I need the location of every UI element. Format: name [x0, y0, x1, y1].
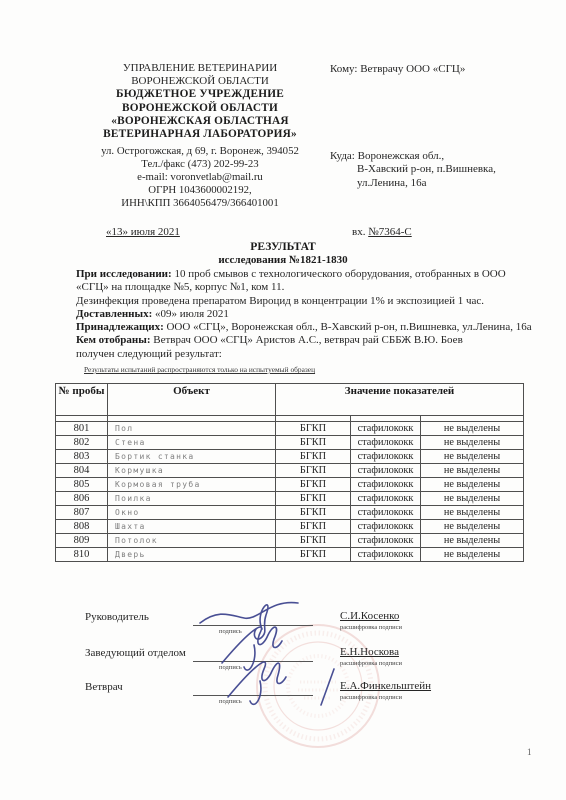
kuda-line: В-Хавский р-он, п.Вишневка, — [330, 163, 496, 176]
table-row: 803Бортик станкаБГКПстафилококкне выделе… — [56, 450, 524, 464]
role-label: Руководитель — [85, 611, 149, 623]
indicator-result: не выделены — [421, 464, 524, 478]
sample-number: 801 — [56, 422, 108, 436]
indicator-staph: стафилококк — [351, 534, 421, 548]
signatory-name: С.И.Косенко — [340, 610, 399, 622]
signatory-name: Е.А.Финкельштейн — [340, 680, 431, 692]
indicator-result: не выделены — [421, 478, 524, 492]
name-caption: расшифровка подписи — [340, 694, 402, 701]
sample-object: Стена — [108, 436, 276, 450]
sample-number: 805 — [56, 478, 108, 492]
doc-subtitle: исследования №1821-1830 — [0, 254, 566, 266]
indicator-bgkp: БГКП — [276, 436, 351, 450]
paragraph-text: «09» июля 2021 — [155, 308, 229, 320]
address-line: ОГРН 1043600002192, — [66, 184, 334, 197]
signature-line — [193, 661, 313, 662]
org-name-line: УПРАВЛЕНИЕ ВЕТЕРИНАРИИ — [66, 62, 334, 75]
sample-object: Поилка — [108, 492, 276, 506]
sample-object: Шахта — [108, 520, 276, 534]
table-row: 804КормушкаБГКПстафилококкне выделены — [56, 464, 524, 478]
indicator-bgkp: БГКП — [276, 534, 351, 548]
sample-number: 807 — [56, 506, 108, 520]
incoming-number: вх. №7364-С — [352, 226, 412, 238]
sample-object: Пол — [108, 422, 276, 436]
indicator-bgkp: БГКП — [276, 548, 351, 562]
indicator-staph: стафилококк — [351, 450, 421, 464]
paragraph-label: При исследовании: — [76, 268, 172, 280]
indicator-staph: стафилококк — [351, 422, 421, 436]
table-row: 807ОкноБГКПстафилококкне выделены — [56, 506, 524, 520]
org-name-line: БЮДЖЕТНОЕ УЧРЕЖДЕНИЕ — [66, 88, 334, 101]
signature-line — [193, 625, 313, 626]
indicator-result: не выделены — [421, 534, 524, 548]
sample-object: Кормовая труба — [108, 478, 276, 492]
table-row: 810ДверьБГКПстафилококкне выделены — [56, 548, 524, 562]
signature-caption: подпись — [219, 664, 242, 671]
table-row: 806ПоилкаБГКПстафилококкне выделены — [56, 492, 524, 506]
indicator-staph: стафилококк — [351, 506, 421, 520]
address-line: Тел./факс (473) 202-99-23 — [66, 158, 334, 171]
body-text: При исследовании: 10 проб смывов с техно… — [76, 268, 538, 376]
kuda-line: Куда: Воронежская обл., — [330, 150, 496, 163]
sample-object: Потолок — [108, 534, 276, 548]
page-number: 1 — [527, 747, 532, 757]
table-row: 808ШахтаБГКПстафилококкне выделены — [56, 520, 524, 534]
indicator-bgkp: БГКП — [276, 422, 351, 436]
indicator-staph: стафилококк — [351, 478, 421, 492]
paragraph-issledovanii: При исследовании: 10 проб смывов с техно… — [76, 268, 538, 295]
indicator-result: не выделены — [421, 520, 524, 534]
sample-object: Дверь — [108, 548, 276, 562]
sample-number: 808 — [56, 520, 108, 534]
paragraph-label: Доставленных: — [76, 308, 152, 320]
signature-line — [193, 695, 313, 696]
paragraph-dostavlennyh: Доставленных: «09» июля 2021 — [76, 308, 538, 321]
table-row: 802СтенаБГКПстафилококкне выделены — [56, 436, 524, 450]
recipient-kuda: Куда: Воронежская обл., В-Хавский р-он, … — [330, 150, 496, 190]
sample-object: Окно — [108, 506, 276, 520]
signature-caption: подпись — [219, 698, 242, 705]
address-line: e-mail: voronvetlab@mail.ru — [66, 171, 334, 184]
paragraph-prinadlezhashih: Принадлежащих: ООО «СГЦ», Воронежская об… — [76, 321, 538, 334]
kuda-line: ул.Ленина, 16а — [330, 177, 496, 190]
indicator-bgkp: БГКП — [276, 478, 351, 492]
indicator-bgkp: БГКП — [276, 492, 351, 506]
recipient-komu: Кому: Ветврачу ООО «СГЦ» — [330, 63, 465, 75]
indicator-staph: стафилококк — [351, 436, 421, 450]
column-header-object: Объект — [108, 384, 276, 416]
indicator-result: не выделены — [421, 422, 524, 436]
indicator-result: не выделены — [421, 506, 524, 520]
sample-number: 803 — [56, 450, 108, 464]
org-name-line: ВЕТЕРИНАРНАЯ ЛАБОРАТОРИЯ» — [66, 128, 334, 141]
paragraph-dezinfekcia: Дезинфекция проведена препаратом Вироцид… — [76, 295, 538, 308]
sample-object: Кормушка — [108, 464, 276, 478]
indicator-staph: стафилококк — [351, 464, 421, 478]
address-line: ул. Острогожская, д 69, г. Воронеж, 3940… — [66, 145, 334, 158]
paragraph-kem-otobrany: Кем отобраны: Ветврач ООО «СГЦ» Аристов … — [76, 334, 538, 347]
sample-object: Бортик станка — [108, 450, 276, 464]
indicator-bgkp: БГКП — [276, 506, 351, 520]
table-row: 809ПотолокБГКПстафилококкне выделены — [56, 534, 524, 548]
signature-caption: подпись — [219, 628, 242, 635]
indicator-bgkp: БГКП — [276, 520, 351, 534]
signature-row: Ветврач подпись Е.А.Финкельштейн расшифр… — [85, 678, 515, 712]
indicator-staph: стафилококк — [351, 492, 421, 506]
name-caption: расшифровка подписи — [340, 624, 402, 631]
indicator-result: не выделены — [421, 436, 524, 450]
indicator-bgkp: БГКП — [276, 464, 351, 478]
document-page: УПРАВЛЕНИЕ ВЕТЕРИНАРИИ ВОРОНЕЖСКОЙ ОБЛАС… — [0, 0, 566, 800]
indicator-bgkp: БГКП — [276, 450, 351, 464]
org-name-line: ВОРОНЕЖСКОЙ ОБЛАСТИ — [66, 102, 334, 115]
indicator-result: не выделены — [421, 492, 524, 506]
sample-number: 809 — [56, 534, 108, 548]
name-caption: расшифровка подписи — [340, 660, 402, 667]
org-name-line: ВОРОНЕЖСКОЙ ОБЛАСТИ — [66, 75, 334, 88]
sample-number: 806 — [56, 492, 108, 506]
signature-row: Руководитель подпись С.И.Косенко расшифр… — [85, 608, 515, 642]
role-label: Ветврач — [85, 681, 123, 693]
signature-row: Заведующий отделом подпись Е.Н.Носкова р… — [85, 644, 515, 678]
results-table: № пробы Объект Значение показателей 801П… — [55, 383, 524, 562]
table-row: 805Кормовая трубаБГКПстафилококкне выдел… — [56, 478, 524, 492]
sample-number: 802 — [56, 436, 108, 450]
indicator-result: не выделены — [421, 450, 524, 464]
paragraph-label: Принадлежащих: — [76, 321, 164, 333]
indicator-staph: стафилококк — [351, 520, 421, 534]
sample-number: 810 — [56, 548, 108, 562]
role-label: Заведующий отделом — [85, 647, 186, 659]
paragraph-text: ООО «СГЦ», Воронежская обл., В-Хавский р… — [166, 321, 531, 333]
paragraph-poluchen: получен следующий результат: — [76, 348, 538, 361]
column-header-num: № пробы — [56, 384, 108, 416]
org-address-block: ул. Острогожская, д 69, г. Воронеж, 3940… — [66, 145, 334, 210]
doc-title: РЕЗУЛЬТАТ — [0, 240, 566, 253]
paragraph-text: Ветврач ООО «СГЦ» Аристов А.С., ветврач … — [153, 334, 463, 346]
incoming-prefix: вх. — [352, 226, 365, 238]
results-disclaimer: Результаты испытаний распространяются то… — [76, 363, 538, 376]
indicator-result: не выделены — [421, 548, 524, 562]
paragraph-label: Кем отобраны: — [76, 334, 151, 346]
column-header-values: Значение показателей — [276, 384, 524, 416]
address-line: ИНН\КПП 3664056479/366401001 — [66, 197, 334, 210]
document-date: «13» июля 2021 — [106, 226, 180, 238]
table-row: 801ПолБГКПстафилококкне выделены — [56, 422, 524, 436]
incoming-number-value: №7364-С — [368, 226, 412, 238]
org-header-block: УПРАВЛЕНИЕ ВЕТЕРИНАРИИ ВОРОНЕЖСКОЙ ОБЛАС… — [66, 62, 334, 210]
table-header-row: № пробы Объект Значение показателей — [56, 384, 524, 416]
org-name-line: «ВОРОНЕЖСКАЯ ОБЛАСТНАЯ — [66, 115, 334, 128]
sample-number: 804 — [56, 464, 108, 478]
indicator-staph: стафилококк — [351, 548, 421, 562]
signatory-name: Е.Н.Носкова — [340, 646, 399, 658]
